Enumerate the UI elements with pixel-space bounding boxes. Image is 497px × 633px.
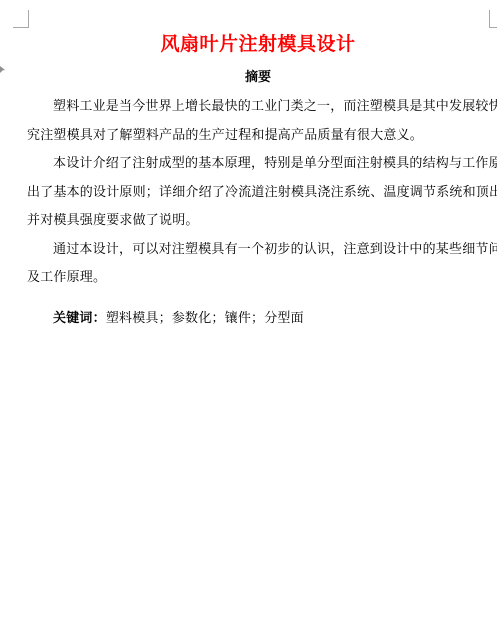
paragraph-3-line-1: 通过本设计，可以对注塑模具有一个初步的认识，注意到设计中的某些细节问题，了解模具… — [27, 235, 489, 264]
keywords-text: 塑料模具；参数化；镶件；分型面 — [106, 310, 304, 325]
paragraph-2: 本设计介绍了注射成型的基本原理，特别是单分型面注射模具的结构与工作原理，对注塑产… — [27, 149, 489, 235]
abstract-heading: 摘要 — [27, 68, 489, 85]
abstract-body: 塑料工业是当今世界上增长最快的工业门类之一，而注塑模具是其中发展较快的种类，因此… — [27, 92, 489, 332]
document-title: 风扇叶片注射模具设计 — [27, 32, 489, 58]
paragraph-3: 通过本设计，可以对注塑模具有一个初步的认识，注意到设计中的某些细节问题，了解模具… — [27, 235, 489, 292]
paragraph-1-line-1: 塑料工业是当今世界上增长最快的工业门类之一，而注塑模具是其中发展较快的种类，因此… — [27, 92, 489, 121]
text-boundary-mark-top-right — [489, 10, 497, 28]
text-boundary-mark-top-left — [13, 10, 29, 28]
paragraph-2-line-2: 出了基本的设计原则；详细介绍了冷流道注射模具浇注系统、温度调节系统和顶出系统的设… — [27, 178, 489, 207]
keywords-line: 关键词：塑料模具；参数化；镶件；分型面 — [27, 304, 489, 333]
paragraph-1: 塑料工业是当今世界上增长最快的工业门类之一，而注塑模具是其中发展较快的种类，因此… — [27, 92, 489, 149]
keywords-label: 关键词： — [53, 310, 106, 325]
paragraph-2-line-3: 并对模具强度要求做了说明。 — [27, 206, 489, 235]
paragraph-2-line-1: 本设计介绍了注射成型的基本原理，特别是单分型面注射模具的结构与工作原理，对注塑产… — [27, 149, 489, 178]
document-page: 风扇叶片注射模具设计 摘要 塑料工业是当今世界上增长最快的工业门类之一，而注塑模… — [0, 0, 497, 633]
paragraph-3-line-2: 及工作原理。 — [27, 263, 489, 292]
paragraph-1-line-2: 究注塑模具对了解塑料产品的生产过程和提高产品质量有很大意义。 — [27, 121, 489, 150]
document-content: 风扇叶片注射模具设计 摘要 塑料工业是当今世界上增长最快的工业门类之一，而注塑模… — [27, 28, 489, 332]
cursor-fragment-icon — [0, 66, 6, 73]
